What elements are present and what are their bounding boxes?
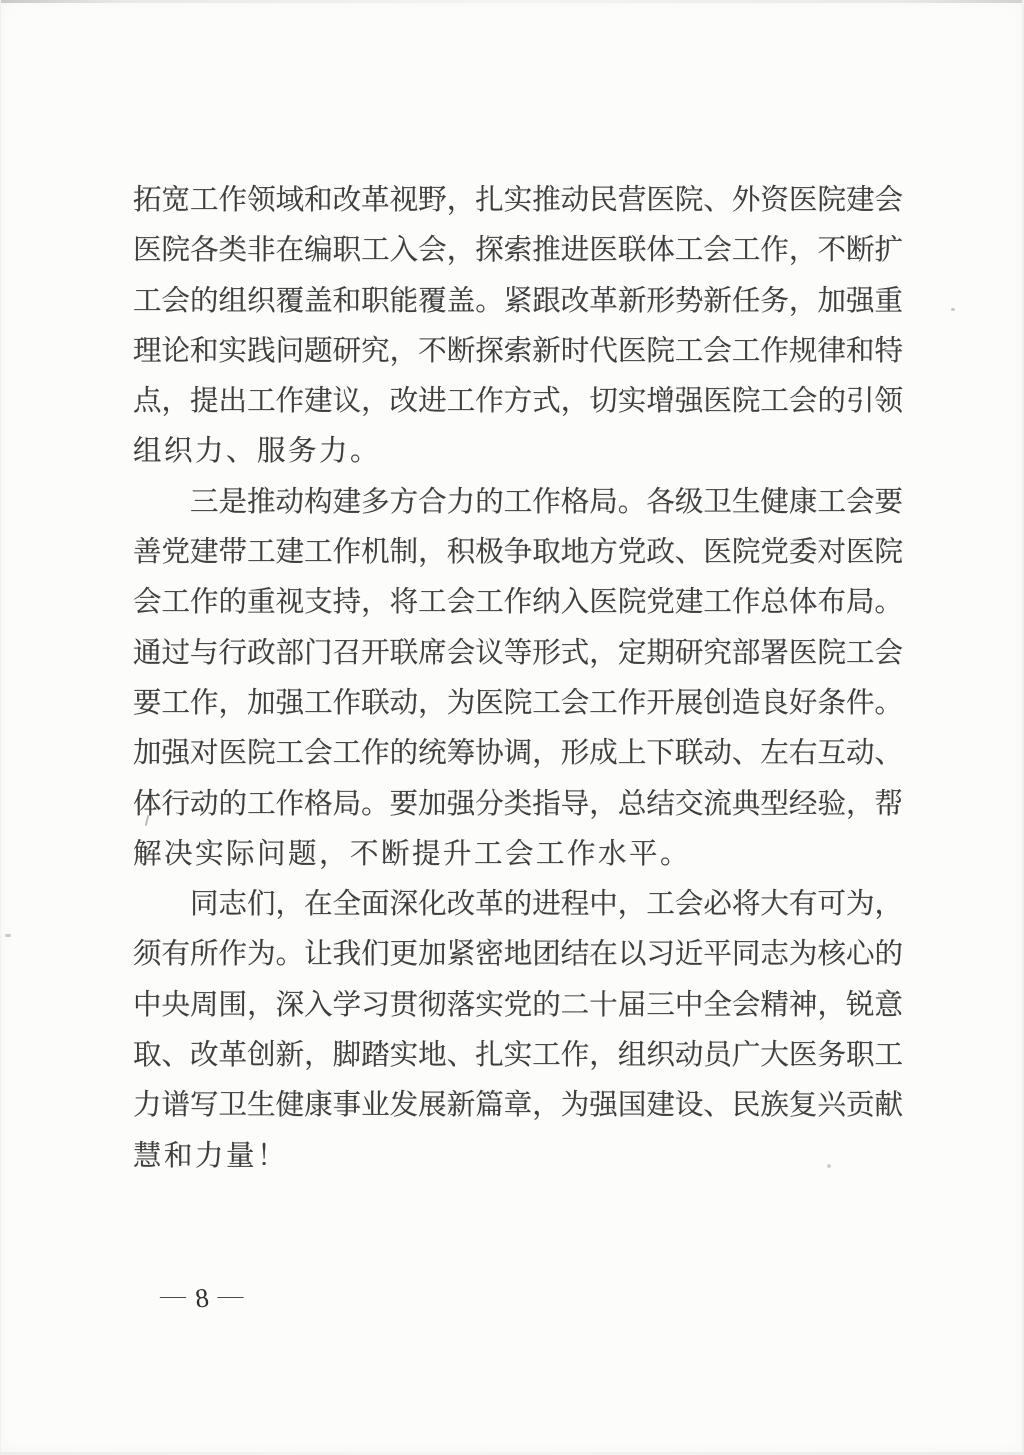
text-line: 体行动的工作格局。要加强分类指导，总结交流典型经验，帮助: [133, 780, 903, 830]
text-line: 要工作，加强工作联动，为医院工会工作开展创造良好条件。要: [133, 679, 903, 729]
page-number-value: 8: [193, 1277, 211, 1318]
text-line: 医院各类非在编职工入会，探索推进医联体工会工作，不断扩大: [133, 226, 903, 276]
scan-edge-left: [0, 0, 1, 1455]
text-line: 力谱写卫生健康事业发展新篇章，为强国建设、民族复兴贡献智: [133, 1081, 903, 1131]
text-line: 取、改革创新，脚踏实地、扎实工作，组织动员广大医务职工奋: [133, 1031, 903, 1081]
page-number-dash-left: —: [160, 1280, 186, 1312]
text-line: 同志们，在全面深化改革的进程中，工会必将大有可为，必: [133, 880, 903, 930]
text-line: 会工作的重视支持，将工会工作纳入医院党建工作总体布局。要: [133, 578, 903, 628]
body-text: 拓宽工作领域和改革视野，扎实推动民营医院、外资医院建会和 医院各类非在编职工入会…: [133, 176, 903, 1182]
text-line: 通过与行政部门召开联席会议等形式，定期研究部署医院工会重: [133, 629, 903, 679]
page-number-dash-right: —: [218, 1280, 244, 1312]
text-line: 拓宽工作领域和改革视野，扎实推动民营医院、外资医院建会和: [133, 176, 903, 226]
document-page: 拓宽工作领域和改革视野，扎实推动民营医院、外资医院建会和 医院各类非在编职工入会…: [0, 0, 1024, 1455]
text-line: 加强对医院工会工作的统筹协调，形成上下联动、左右互动、整: [133, 729, 903, 779]
scan-speck: [951, 308, 955, 311]
text-line: 中央周围，深入学习贯彻落实党的二十届三中全会精神，锐意进: [133, 981, 903, 1031]
text-line: 工会的组织覆盖和职能覆盖。紧跟改革新形势新任务，加强重大: [133, 277, 903, 327]
text-line: 须有所作为。让我们更加紧密地团结在以习近平同志为核心的党: [133, 930, 903, 980]
page-number: — 8 —: [160, 1276, 244, 1316]
text-line: 理论和实践问题研究，不断探索新时代医院工会工作规律和特: [133, 327, 903, 377]
text-line: 慧和力量！: [133, 1132, 903, 1182]
scan-edge-top: [0, 0, 1024, 3]
text-line: 组织力、服务力。: [133, 427, 903, 477]
text-line: 善党建带工建工作机制，积极争取地方党政、医院党委对医院工: [133, 528, 903, 578]
text-line: 解决实际问题，不断提升工会工作水平。: [133, 830, 903, 880]
scan-speck: [827, 1164, 831, 1168]
text-line: 三是推动构建多方合力的工作格局。各级卫生健康工会要完: [133, 478, 903, 528]
scan-speck: [5, 934, 11, 937]
text-line: 点，提出工作建议，改进工作方式，切实增强医院工会的引领力、: [133, 377, 903, 427]
